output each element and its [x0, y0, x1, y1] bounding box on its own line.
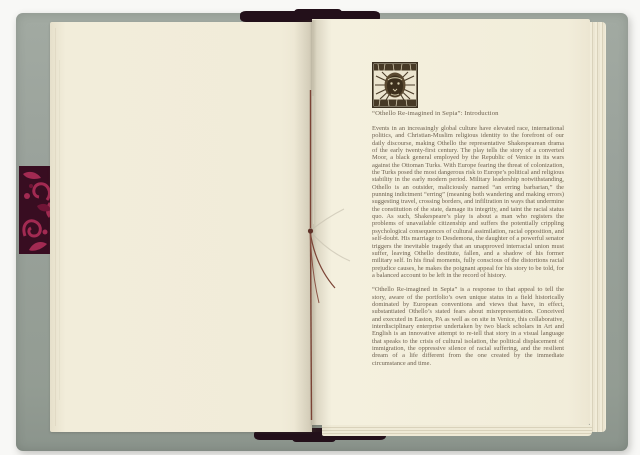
left-page-deckle-edge — [59, 60, 60, 400]
floral-endpaper — [19, 166, 54, 254]
photo-stage: “Othello Re-imagined in Sepia”: Introduc… — [0, 0, 640, 455]
othello-woodcut-image — [372, 62, 418, 108]
page-edge-stack-bottom — [322, 425, 592, 436]
left-page-deckle-edge — [55, 28, 56, 426]
intro-paragraph-1: Events in an increasingly global culture… — [372, 125, 564, 279]
left-page — [50, 22, 312, 432]
text-column: “Othello Re-imagined in Sepia”: Introduc… — [372, 110, 564, 374]
spine-gutter-shadow — [294, 20, 332, 432]
page-title: “Othello Re-imagined in Sepia”: Introduc… — [372, 110, 564, 118]
page-edge-stack-right — [590, 22, 606, 432]
intro-paragraph-2: “Othello Re-imagined in Sepia” is a resp… — [372, 286, 564, 367]
